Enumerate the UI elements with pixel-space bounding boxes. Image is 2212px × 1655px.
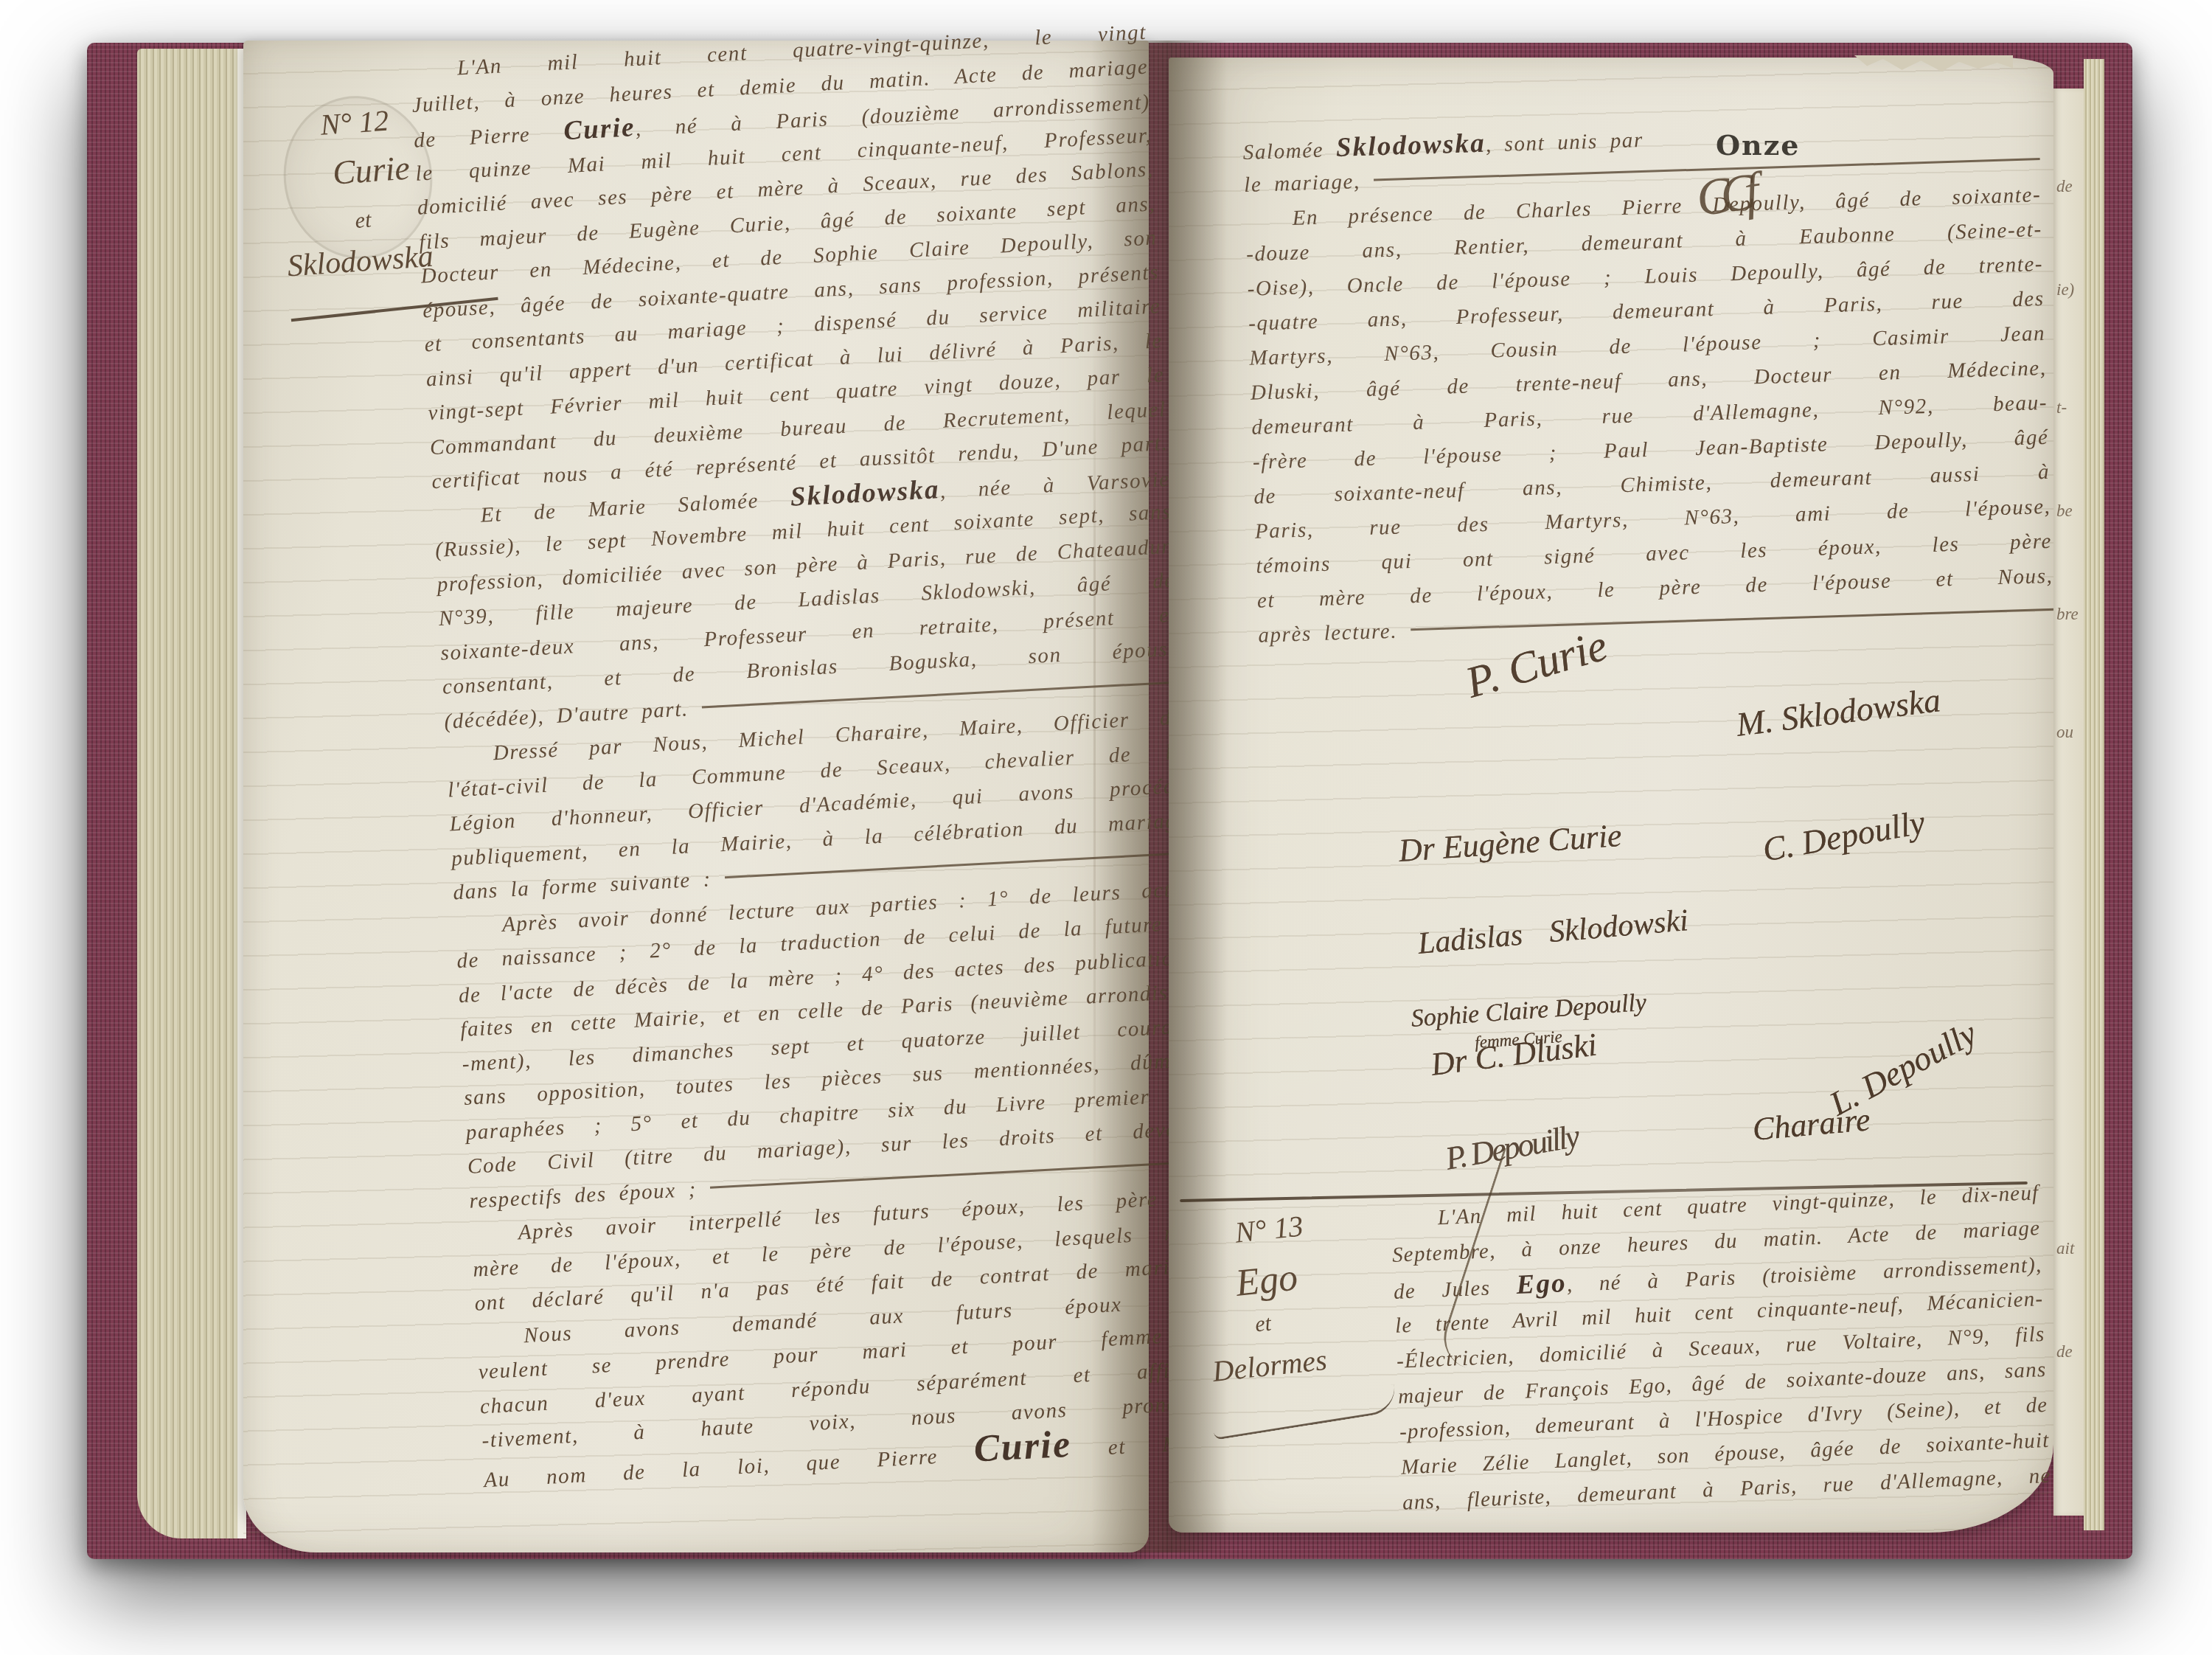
act-12-text: L'An mil huit cent quatre-vingt-quinze, … bbox=[409, 15, 1221, 1493]
page-edges-right bbox=[2084, 59, 2104, 1530]
emphasized-name: Curie bbox=[563, 112, 636, 146]
edge-text-fragment: de bbox=[2056, 177, 2073, 196]
left-page: N° 12 Curie et Sklodowska L'An mil huit … bbox=[243, 41, 1149, 1552]
edge-text-fragment: t- bbox=[2056, 398, 2067, 417]
signature: Ladislas Sklodowski bbox=[1416, 903, 1690, 962]
signature: M. Sklodowska bbox=[1734, 680, 1943, 744]
emphasized-name: Ego bbox=[1516, 1268, 1568, 1300]
emphasized-name: Sklodowska bbox=[1335, 128, 1486, 163]
ink-rule bbox=[1411, 608, 2054, 631]
right-page: Onze CCf Salomée Sklodowska, sont unis p… bbox=[1169, 58, 2053, 1533]
record-conjunction: et bbox=[1254, 1297, 1402, 1338]
emphasized-name: Curie bbox=[973, 1423, 1072, 1470]
act-13-text: L'An mil huit cent quatre vingt-quinze, … bbox=[1390, 1175, 2051, 1520]
margin-record-13: N° 13 Ego et Delormes bbox=[1191, 1199, 1411, 1436]
record-bride-name: Delormes bbox=[1211, 1334, 1406, 1389]
next-page-sliver: deie)t-bebreouaitde bbox=[2053, 89, 2086, 1516]
page-edges-left bbox=[137, 49, 246, 1538]
emphasized-name: Sklodowska bbox=[790, 474, 941, 513]
act-12-continuation-text: Salomée Sklodowska, sont unis parle mari… bbox=[1242, 108, 2055, 653]
record-groom-name: Ego bbox=[1234, 1245, 1398, 1305]
signature: Dr Eugène Curie bbox=[1397, 816, 1623, 870]
ink-rule bbox=[1374, 158, 2040, 181]
edge-text-fragment: be bbox=[2056, 502, 2073, 521]
edge-text-fragment: de bbox=[2056, 1342, 2073, 1361]
edge-text-fragment: bre bbox=[2056, 605, 2079, 624]
photo-backdrop: N° 12 Curie et Sklodowska L'An mil huit … bbox=[0, 0, 2212, 1655]
edge-text-fragment: ie) bbox=[2056, 280, 2074, 299]
margin-flourish bbox=[1211, 1384, 1399, 1440]
signature: C. Depoully bbox=[1759, 802, 1927, 870]
torn-paper-edge bbox=[1854, 55, 2013, 73]
edge-text-fragment: ait bbox=[2056, 1239, 2074, 1258]
signature: Charaire bbox=[1751, 1100, 1872, 1148]
record-number: N° 13 bbox=[1234, 1199, 1393, 1250]
edge-text-fragment: ou bbox=[2056, 723, 2073, 742]
